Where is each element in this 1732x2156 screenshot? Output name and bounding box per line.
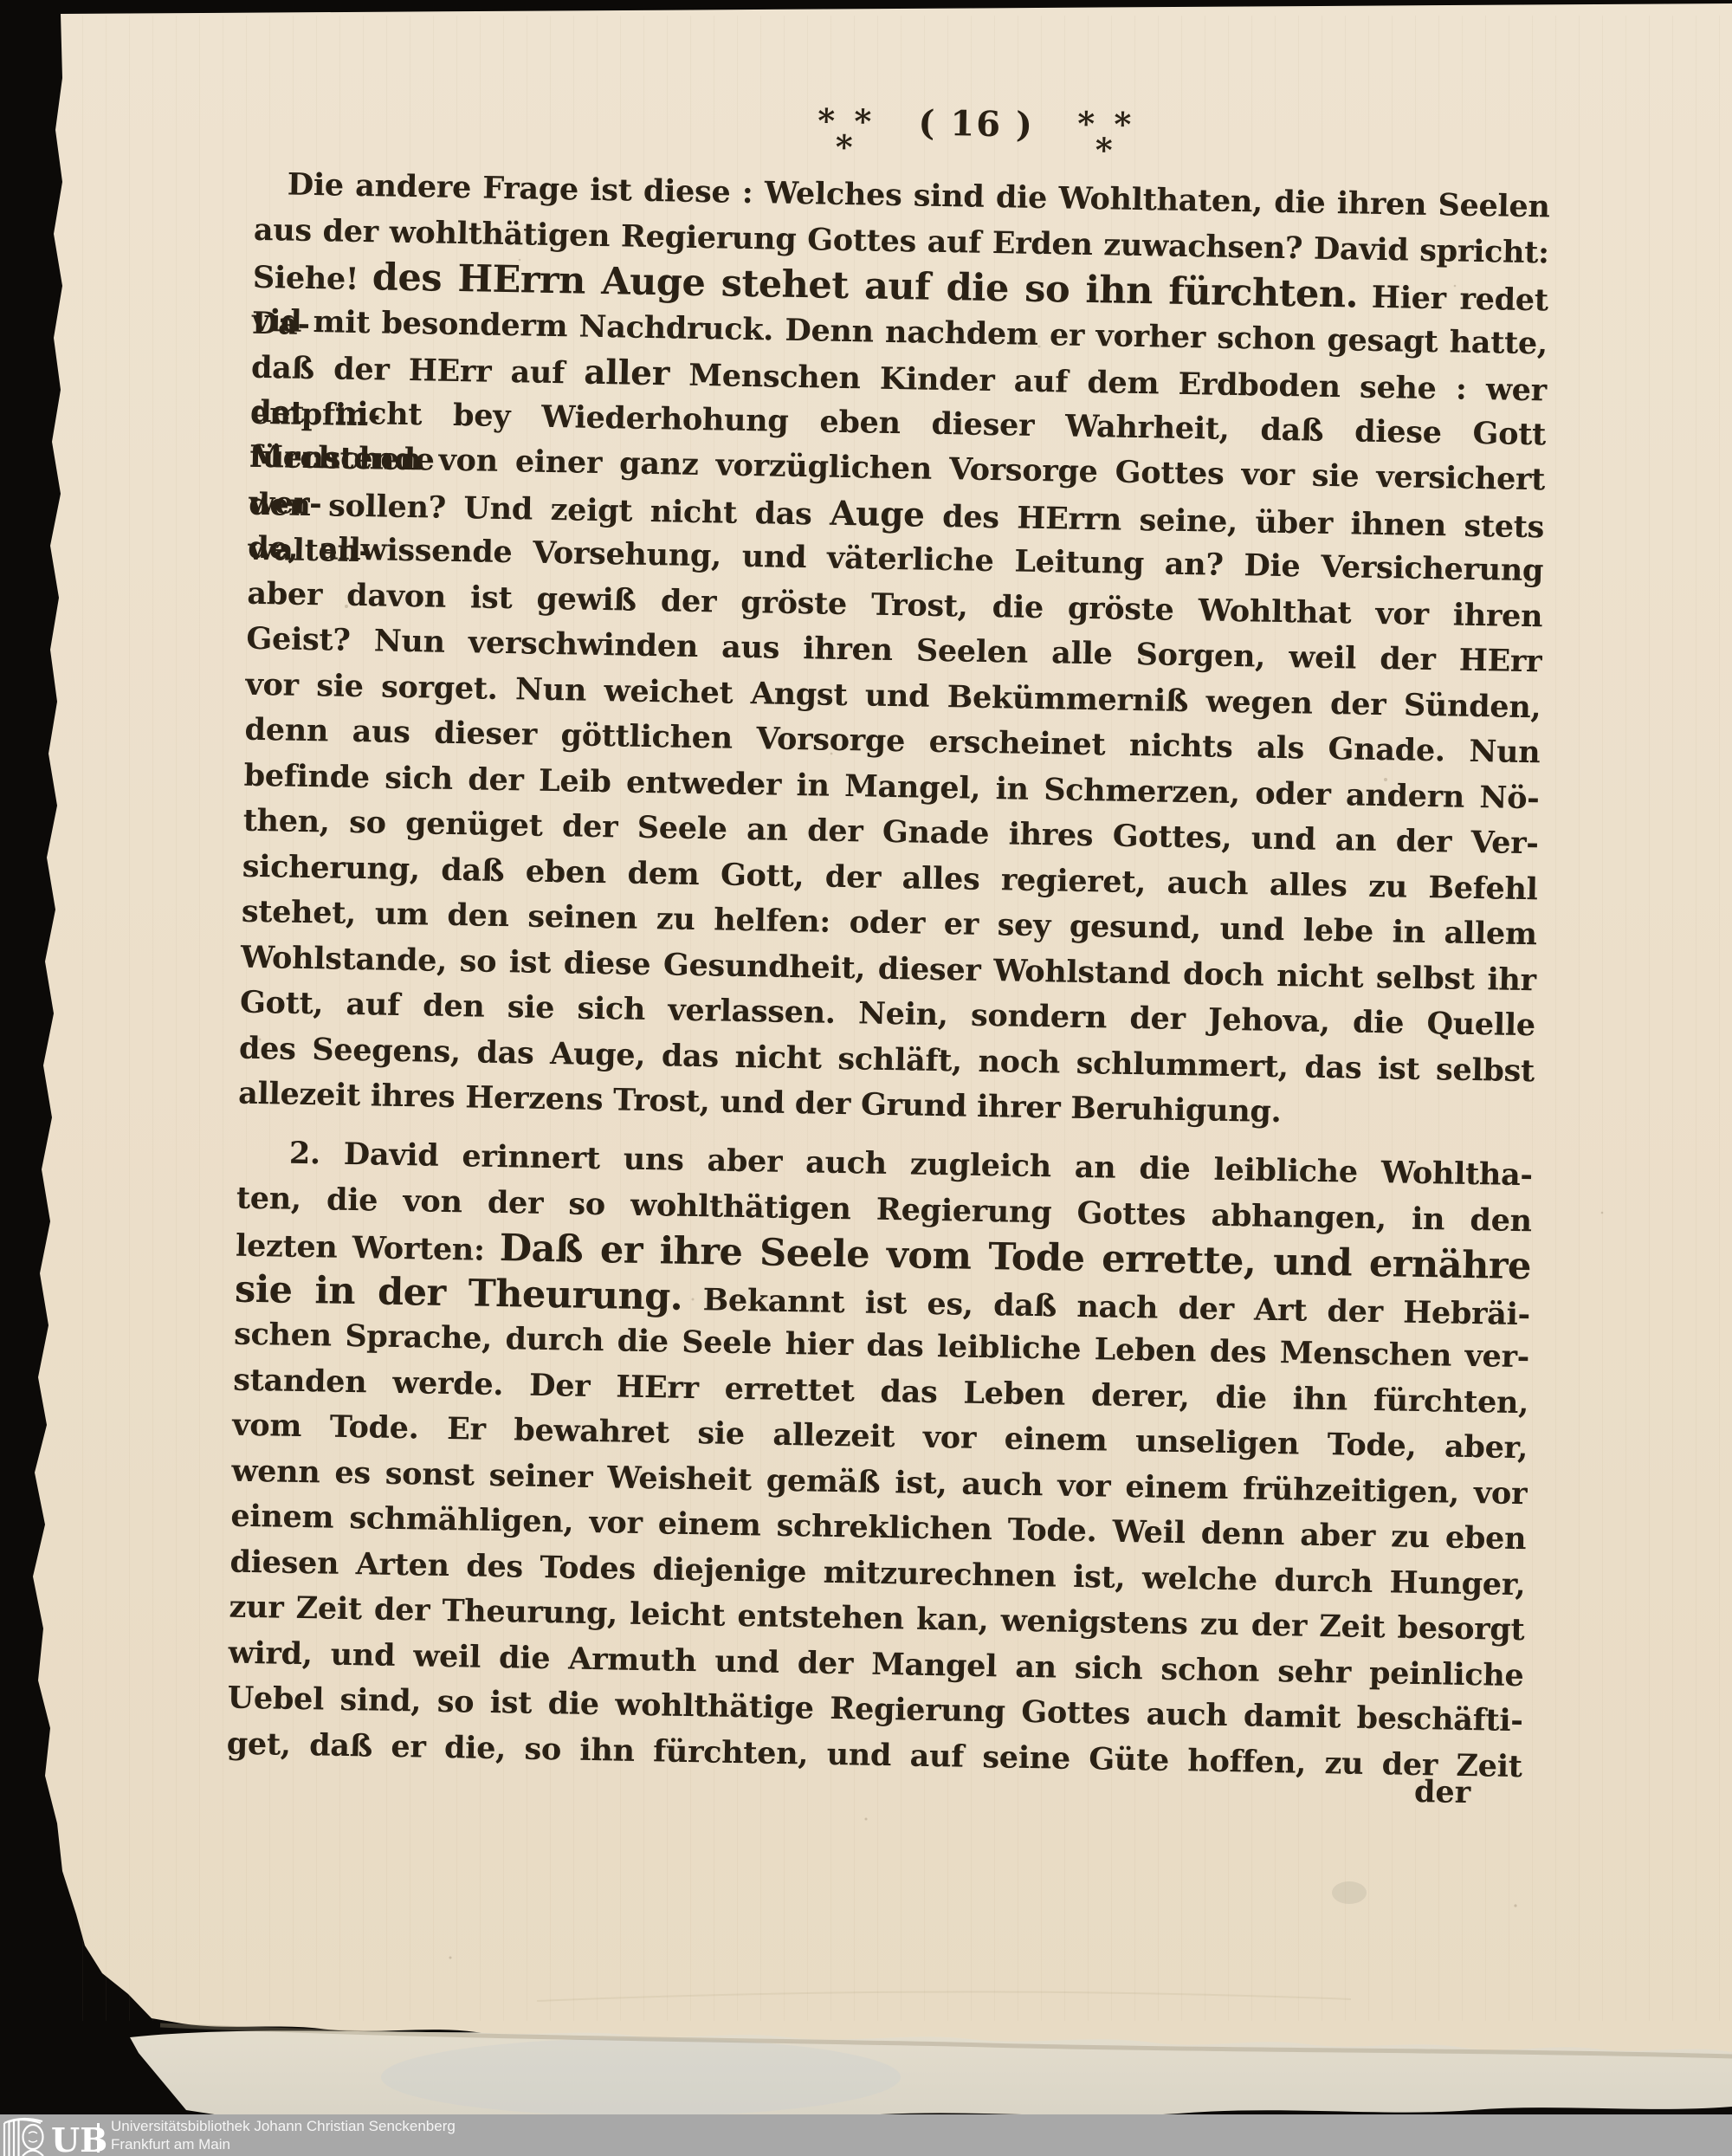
emphasized-text: sie in der Theurung. — [235, 1267, 683, 1318]
asterism-ornament-right: * * * — [1076, 111, 1132, 164]
library-footer-bar: UB Universitätsbibliothek Johann Christi… — [0, 2114, 1732, 2156]
emphasized-text: aller — [584, 353, 670, 394]
asterisk-icon: * — [1114, 111, 1131, 137]
paragraph-2: 2. David erinnert uns aber auch zugleich… — [226, 1130, 1533, 1790]
body-text: den sollen? Und zeigt nicht das — [249, 486, 830, 532]
body-text: daß der HErr auf — [251, 350, 585, 392]
paragraph-1: Die andere Frage ist diese : Welches sin… — [238, 162, 1550, 1140]
library-name-line2: Frankfurt am Main — [111, 2135, 456, 2153]
body-text: Siehe! — [253, 260, 373, 297]
ink-smudge — [1332, 1881, 1367, 1904]
page-number: ( 16 ) — [898, 102, 1055, 146]
senckenberg-portrait-icon — [23, 2125, 43, 2149]
asterisk-icon: * — [1095, 130, 1113, 169]
asterisk-icon: * — [818, 107, 835, 133]
asterisk-icon: * — [1077, 111, 1095, 137]
library-name: Universitätsbibliothek Johann Christian … — [111, 2117, 456, 2153]
emphasized-text: Auge — [830, 493, 925, 534]
ub-logo-text: UB — [51, 2120, 107, 2156]
catchword: der — [1414, 1774, 1471, 1810]
asterisk-icon: * — [835, 127, 853, 166]
body-text: lezten Worten: — [236, 1228, 501, 1268]
scanned-book-page: * * * ( 16 ) * * * Die andere Frage ist … — [0, 0, 1732, 2156]
page-text: * * * ( 16 ) * * * Die andere Frage ist … — [225, 86, 1551, 1836]
library-name-line1: Universitätsbibliothek Johann Christian … — [111, 2117, 456, 2135]
under-sheet-shadow-tint — [381, 2038, 901, 2116]
asterisk-icon: * — [854, 108, 871, 134]
asterism-ornament-left: * * * — [816, 107, 872, 160]
